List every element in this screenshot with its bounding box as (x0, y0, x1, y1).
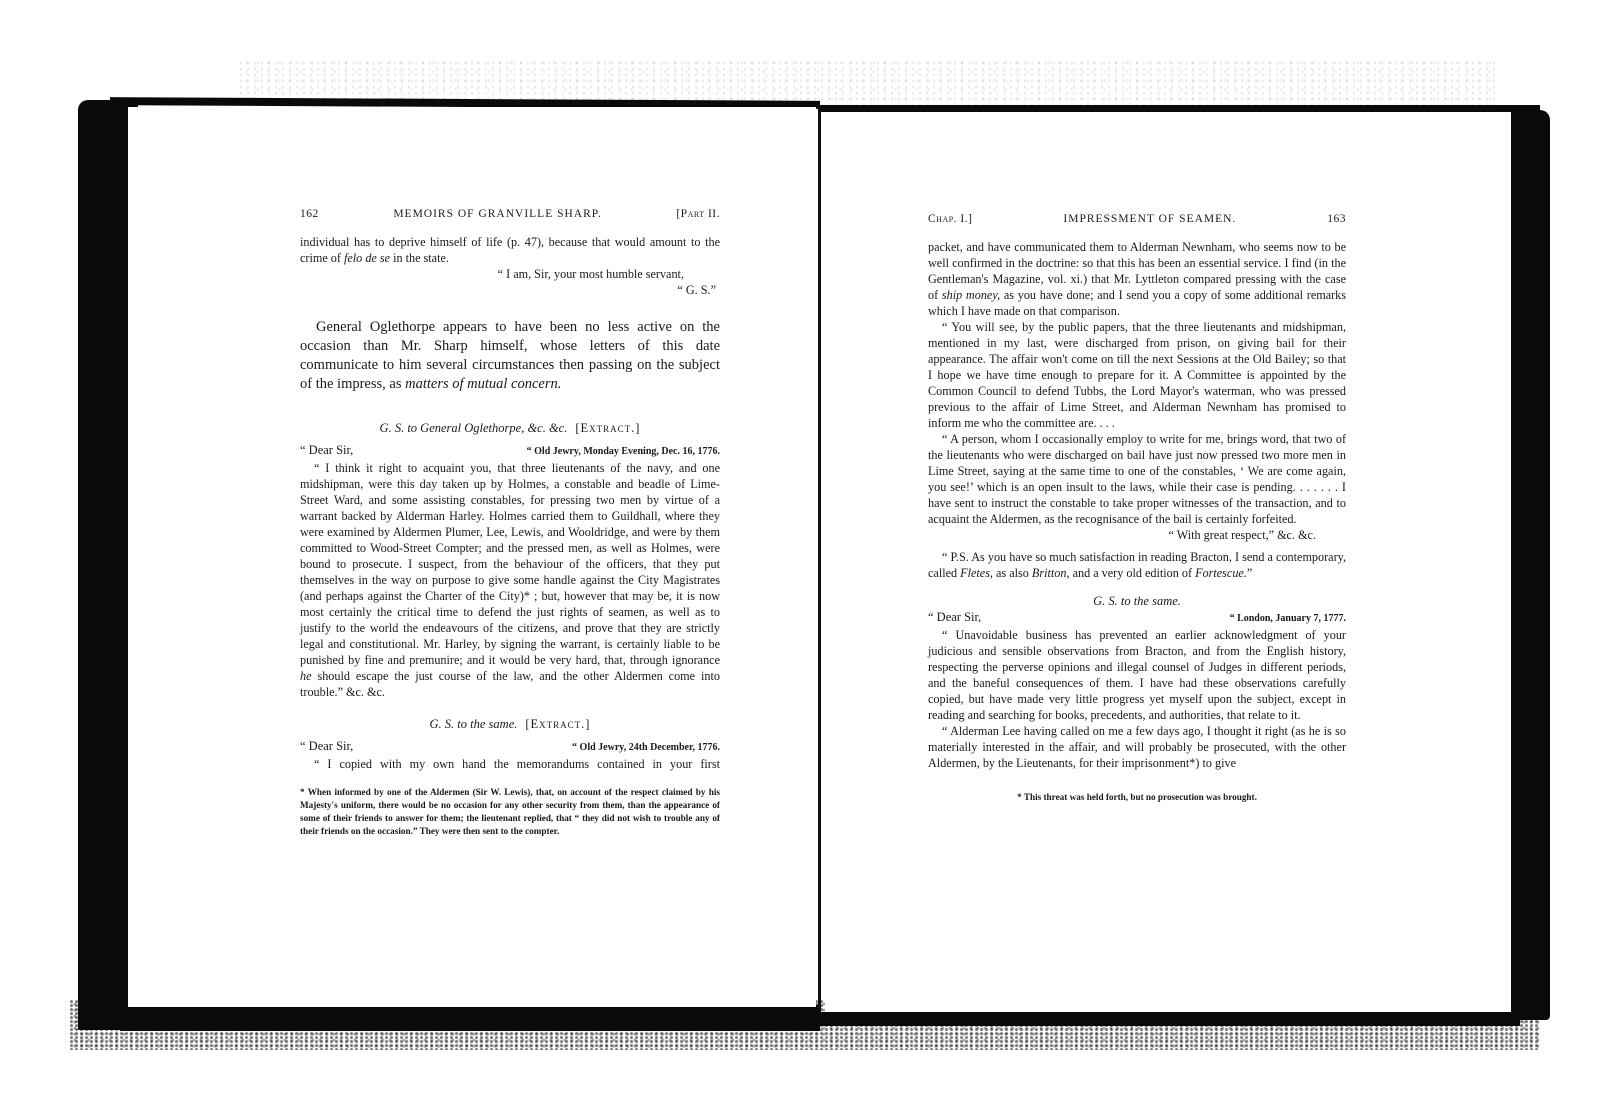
book-cover-bottom-edge-right (820, 1012, 1520, 1026)
salutation-row: “ Dear Sir, “ Old Jewry, 24th December, … (300, 738, 720, 756)
paragraph: “ A person, whom I occasionally employ t… (928, 431, 1346, 527)
footnote: * When informed by one of the Aldermen (… (300, 786, 720, 838)
letter-body: “ I copied with my own hand the memorand… (300, 756, 720, 772)
letter-signature: “ G. S.” (300, 282, 720, 298)
running-title: IMPRESSMENT OF SEAMEN. (1063, 211, 1236, 227)
salutation: “ Dear Sir, (928, 609, 981, 625)
dateline: “ Old Jewry, 24th December, 1776. (572, 740, 720, 756)
paragraph: packet, and have communicated them to Al… (928, 239, 1346, 319)
page-number: 163 (1327, 211, 1346, 227)
salutation-row: “ Dear Sir, “ Old Jewry, Monday Evening,… (300, 442, 720, 460)
salutation-row: “ Dear Sir, “ London, January 7, 1777. (928, 609, 1346, 627)
paragraph: “ You will see, by the public papers, th… (928, 319, 1346, 431)
dateline: “ London, January 7, 1777. (1230, 611, 1346, 627)
right-page-text: Chap. I.] IMPRESSMENT OF SEAMEN. 163 pac… (928, 211, 1346, 805)
intro-paragraph: General Oglethorpe appears to have been … (300, 318, 720, 394)
book-cover-bottom-edge-left (120, 1005, 820, 1031)
salutation: “ Dear Sir, (300, 738, 353, 754)
salutation: “ Dear Sir, (300, 442, 353, 458)
opening-lines: individual has to deprive himself of lif… (300, 234, 720, 266)
letter-body: “ Unavoidable business has prevented an … (928, 627, 1346, 723)
letter-heading: G. S. to General Oglethorpe, &c. &c.[Ext… (300, 420, 720, 436)
book-gutter (818, 108, 821, 1013)
running-head-right: Chap. I.] IMPRESSMENT OF SEAMEN. 163 (928, 211, 1346, 227)
letter-closing: “ With great respect,” &c. &c. (928, 527, 1346, 543)
postscript: “ P.S. As you have so much satisfaction … (928, 549, 1346, 581)
chapter-label: Chap. I.] (928, 211, 972, 227)
page-number: 162 (300, 206, 319, 222)
book-cover-right-edge (1510, 110, 1550, 1020)
letter-closing: “ I am, Sir, your most humble servant, (300, 266, 720, 282)
book-cover-top-edge-right (820, 105, 1540, 112)
letter-body: “ Alderman Lee having called on me a few… (928, 723, 1346, 771)
running-title: MEMOIRS OF GRANVILLE SHARP. (393, 206, 601, 222)
footnote: * This threat was held forth, but no pro… (928, 789, 1346, 805)
running-head-left: 162 MEMOIRS OF GRANVILLE SHARP. [Part II… (300, 206, 720, 222)
letter-heading: G. S. to the same.[Extract.] (300, 716, 720, 732)
left-page-text: 162 MEMOIRS OF GRANVILLE SHARP. [Part II… (300, 206, 720, 838)
letter-body: “ I think it right to acquaint you, that… (300, 460, 720, 700)
letter-heading: G. S. to the same. (928, 593, 1346, 609)
part-label: [Part II. (676, 206, 720, 222)
dateline: “ Old Jewry, Monday Evening, Dec. 16, 17… (527, 444, 720, 460)
